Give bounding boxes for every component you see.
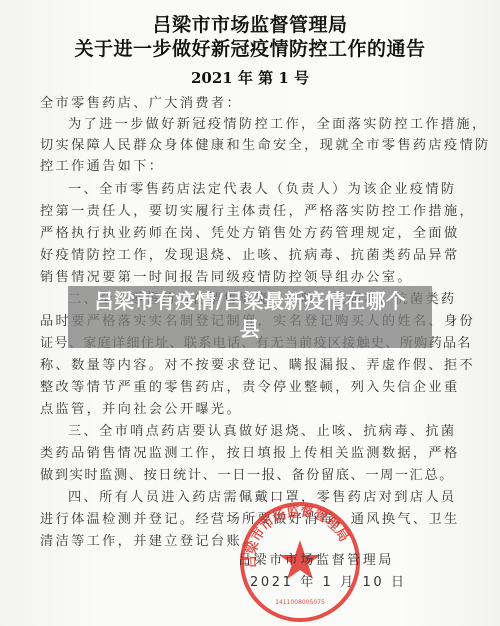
document-title-line1: 吕梁市市场监督管理局 [0,10,500,37]
section1-line: 好疫情防控工作，发现退烧、止咳、抗病毒、抗菌类药品异常 [40,247,432,265]
section2-line: 点监管，并向社会公开曝光。 [40,401,432,419]
headline-title-line1: 吕梁市有疫情/吕梁最新疫情在哪个 [68,287,432,315]
section1-line: 严格执行执业药师在岗、凭处方销售处方药管理规定，全面做 [40,225,432,243]
signature-date: 2021 年 1 月 10 日 [250,571,407,590]
section1-line: 销售情况要第一时间报告同级疫情防控领导组办公室。 [40,269,432,287]
intro-line: 切实保障人民群众身体健康和生命安全，现就全市零售药店疫情防 [40,137,432,155]
intro-line: 控工作通告如下： [40,158,432,176]
section2-line: 整改等情节严重的零售药店，责令停业整顿，列入失信企业重 [40,379,432,397]
svg-text:1411008005075: 1411008005075 [275,599,325,606]
section1-line: 一、全市零售药店法定代表人（负责人）为该企业疫情防 [68,181,460,199]
headline-title-line2: 县 [68,315,432,343]
section3-line: 做到实时监测、按日统计、一日一报、备份留底、一周一汇总。 [40,467,432,485]
section2-line: 称、数量等内容。对不按要求登记、瞒报漏报、弄虚作假、拒不 [40,357,432,375]
section4-line: 进行体温检测并登记。经营场所要做好消毒、通风换气、卫生 [40,511,432,529]
document-title-line2: 关于进一步做好新冠疫情防控工作的通告 [0,34,500,61]
section3-line: 类药品销售情况监测工作，按日填报上传相关监测数据，严格 [40,445,432,463]
headline-title[interactable]: 吕梁市有疫情/吕梁最新疫情在哪个 县 [68,287,432,343]
section3-line: 三、全市哨点药店要认真做好退烧、止咳、抗病毒、抗菌 [68,423,460,441]
signature-organization: 吕梁市市场监督管理局 [238,549,394,568]
document-number: 2021 年 第 1 号 [0,67,500,88]
section1-line: 控第一责任人，要切实履行主体责任，严格落实防控工作措施， [40,203,432,221]
intro-line: 为了进一步做好新冠疫情防控工作，全面落实防控工作措施， [68,116,460,134]
salutation: 全市零售药店、广大消费者： [40,95,432,113]
